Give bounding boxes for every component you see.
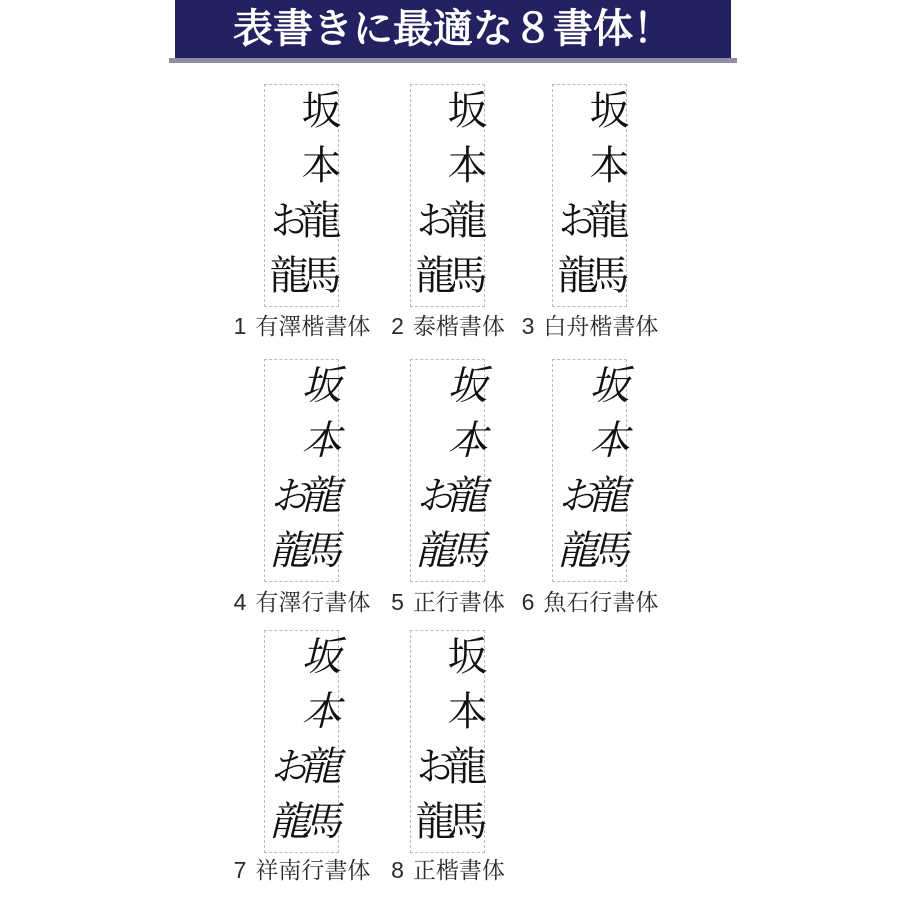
font-sample-box-4: 坂本龍馬 お龍 [264,359,339,582]
font-label-3: 3白舟楷書体 [475,308,705,341]
sample-name-sub: お龍 [267,199,305,309]
font-number: 3 [522,313,535,339]
font-label-6: 6魚石行書体 [475,584,705,617]
sample-name-sub: お龍 [413,474,451,584]
font-sample-box-6: 坂本龍馬 お龍 [552,359,627,582]
font-number: 5 [391,589,404,615]
font-sample-box-5: 坂本龍馬 お龍 [410,359,485,582]
sample-name-sub: お龍 [555,199,593,309]
sample-name-sub: お龍 [267,745,305,855]
font-sample-box-8: 坂本龍馬 お龍 [410,630,485,853]
font-sample-box-2: 坂本龍馬 お龍 [410,84,485,307]
font-number: 2 [391,313,404,339]
page-title: 表書きに最適な８書体！ [233,0,673,58]
font-name: 魚石行書体 [543,589,658,615]
font-number: 8 [391,857,404,883]
font-number: 6 [522,589,535,615]
sample-name-sub: お龍 [413,745,451,855]
sample-name-sub: お龍 [413,199,451,309]
font-sample-box-1: 坂本龍馬 お龍 [264,84,339,307]
sample-name-sub: お龍 [555,474,593,584]
header-banner: 表書きに最適な８書体！ [175,0,731,58]
font-number: 1 [234,313,247,339]
font-sample-box-7: 坂本龍馬 お龍 [264,630,339,853]
font-label-8: 8正楷書体 [333,852,563,885]
font-number: 4 [234,589,247,615]
font-name: 正楷書体 [413,857,505,883]
font-number: 7 [234,857,247,883]
header-shadow-strip [169,58,737,63]
font-name: 白舟楷書体 [543,313,658,339]
sample-name-sub: お龍 [267,474,305,584]
font-sample-box-3: 坂本龍馬 お龍 [552,84,627,307]
